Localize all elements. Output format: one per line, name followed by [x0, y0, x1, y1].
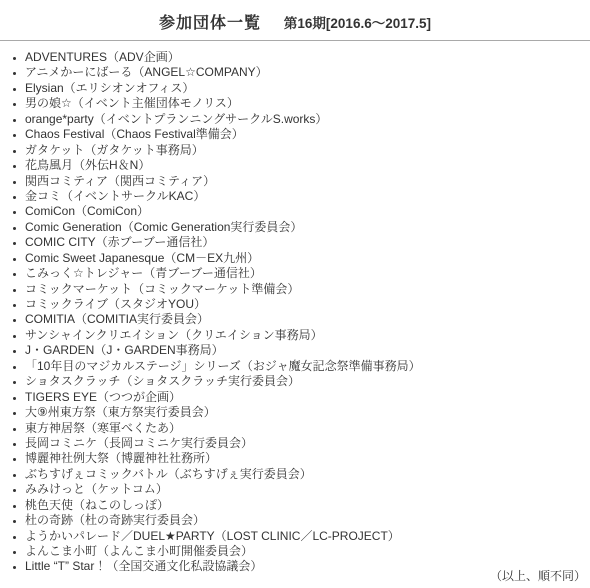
list-item: COMITIA（COMITIA実行委員会）: [25, 312, 590, 327]
list-item: みみけっと（ケットコム）: [25, 482, 590, 497]
list-item: ガタケット（ガタケット事務局）: [25, 143, 590, 158]
list-item: ADVENTURES（ADV企画）: [25, 50, 590, 65]
list-item: ComiCon（ComiCon）: [25, 204, 590, 219]
list-item: 桃色天使（ねこのしっぽ）: [25, 498, 590, 513]
list-item: コミックマーケット（コミックマーケット準備会）: [25, 282, 590, 297]
list-item: 杜の奇跡（杜の奇跡実行委員会）: [25, 513, 590, 528]
list-item: コミックライブ（スタジオYOU）: [25, 297, 590, 312]
page: 参加団体一覧 第16期[2016.6〜2017.5] ADVENTURES（AD…: [0, 0, 590, 588]
list-item: ぶちすげぇコミックバトル（ぶちすげぇ実行委員会）: [25, 467, 590, 482]
list-item: COMIC CITY（赤ブーブー通信社）: [25, 235, 590, 250]
title-divider: [0, 40, 590, 41]
list-item: 博麗神社例大祭（博麗神社社務所）: [25, 451, 590, 466]
list-item: 東方神居祭（寒軍べくたあ）: [25, 421, 590, 436]
list-item: よんこま小町（よんこま小町開催委員会）: [25, 544, 590, 559]
list-item: 花鳥風月（外伝H＆N）: [25, 158, 590, 173]
page-header: 参加団体一覧 第16期[2016.6〜2017.5]: [0, 0, 590, 34]
list-item: 大⑨州東方祭（東方祭実行委員会）: [25, 405, 590, 420]
org-list: ADVENTURES（ADV企画）アニメかーにばーる（ANGEL☆COMPANY…: [0, 50, 590, 575]
list-item: アニメかーにばーる（ANGEL☆COMPANY）: [25, 65, 590, 80]
list-item: Comic Sweet Japanesque（CM－EX九州）: [25, 251, 590, 266]
list-item: 関西コミティア（関西コミティア）: [25, 174, 590, 189]
list-item: 男の娘☆（イベント主催団体モノリス）: [25, 96, 590, 111]
list-item: ようかいパレード／DUEL★PARTY（LOST CLINIC／LC-PROJE…: [25, 529, 590, 544]
page-title-period: 第16期[2016.6〜2017.5]: [284, 16, 431, 31]
list-item: サンシャインクリエイション（クリエイション事務局）: [25, 328, 590, 343]
page-title-main: 参加団体一覧: [159, 15, 261, 32]
list-item: orange*party（イベントプランニングサークルS.works）: [25, 112, 590, 127]
page-title: 参加団体一覧 第16期[2016.6〜2017.5]: [0, 7, 590, 34]
list-item: ショタスクラッチ（ショタスクラッチ実行委員会）: [25, 374, 590, 389]
list-item: Chaos Festival（Chaos Festival準備会）: [25, 127, 590, 142]
list-item: 金コミ（イベントサークルKAC）: [25, 189, 590, 204]
list-item: 長岡コミニケ（長岡コミニケ実行委員会）: [25, 436, 590, 451]
list-item: Elysian（エリシオンオフィス）: [25, 81, 590, 96]
footer-note: （以上、順不同）: [490, 567, 586, 584]
list-item: Comic Generation（Comic Generation実行委員会）: [25, 220, 590, 235]
list-item: TIGERS EYE（つつが企画）: [25, 390, 590, 405]
list-item: J・GARDEN（J・GARDEN事務局）: [25, 343, 590, 358]
list-item: 「10年目のマジカルステージ」シリーズ（おジャ魔女記念祭準備事務局）: [25, 359, 590, 374]
list-item: こみっく☆トレジャー（青ブーブー通信社）: [25, 266, 590, 281]
